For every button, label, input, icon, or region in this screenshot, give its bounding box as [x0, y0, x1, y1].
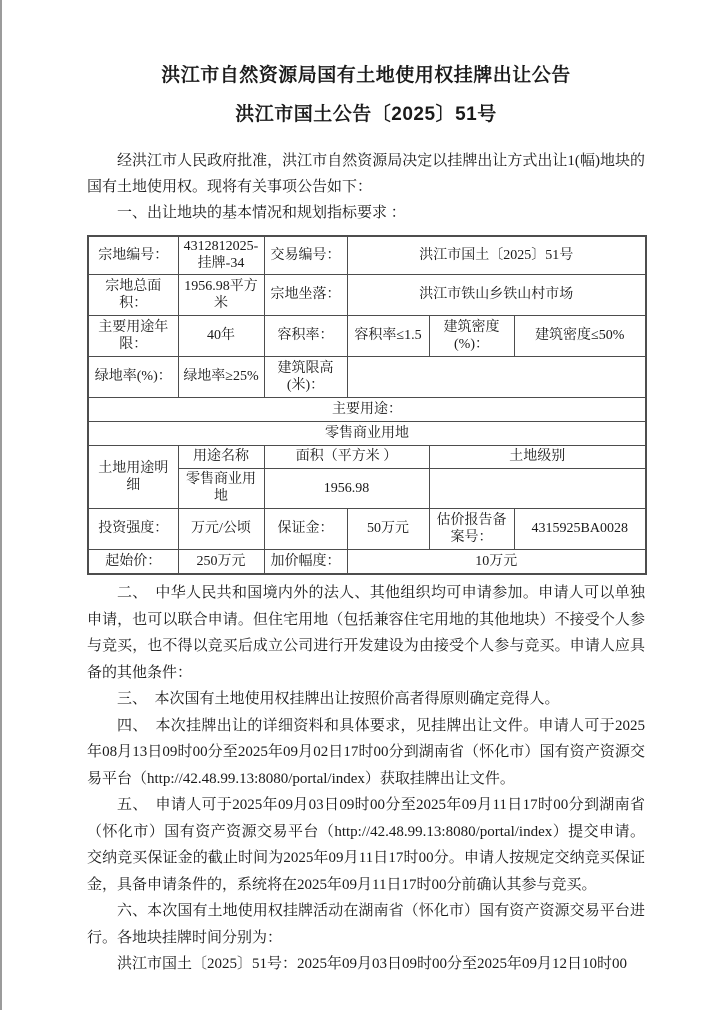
- paragraph-6: 六、本次国有土地使用权挂牌活动在湖南省（怀化市）国有资产资源交易平台进行。各地块…: [87, 898, 645, 951]
- report-no-value-cell: 4315925BA0028: [514, 508, 646, 549]
- trade-no-value-cell: 洪江市国土〔2025〕51号: [347, 236, 646, 274]
- use-term-label-cell: 主要用途年限：: [88, 315, 178, 356]
- height-limit-value-cell: [347, 356, 646, 397]
- document-title: 洪江市自然资源局国有土地使用权挂牌出让公告: [87, 64, 645, 87]
- document-page: 洪江市自然资源局国有土地使用权挂牌出让公告 洪江市国土公告〔2025〕51号 经…: [0, 0, 713, 1010]
- table-row: 主要用途：: [88, 397, 646, 421]
- deposit-value-cell: 50万元: [347, 508, 429, 549]
- paragraph-2: 二、 中华人民共和国境内外的法人、其他组织均可申请参加。申请人可以单独申请，也可…: [87, 580, 645, 686]
- table-row: 起始价： 250万元 加价幅度： 10万元: [88, 549, 646, 574]
- far-value-cell: 容积率≤1.5: [347, 315, 429, 356]
- notice-body: 二、 中华人民共和国境内外的法人、其他组织均可申请参加。申请人可以单独申请，也可…: [87, 580, 645, 978]
- page-edge-line: [0, 0, 2, 1010]
- total-area-value-cell: 1956.98平方米: [178, 274, 264, 315]
- use-term-value-cell: 40年: [178, 315, 264, 356]
- table-row: 零售商业用地: [88, 421, 646, 445]
- area-header-cell: 面积（平方米 ）: [264, 445, 429, 468]
- land-grade-header-cell: 土地级别: [429, 445, 646, 468]
- paragraph-4: 四、 本次挂牌出让的详细资料和具体要求，见挂牌出让文件。申请人可于2025年08…: [87, 713, 645, 793]
- start-price-label-cell: 起始价：: [88, 549, 178, 574]
- use-area-value-cell: 1956.98: [264, 468, 429, 508]
- increment-label-cell: 加价幅度：: [264, 549, 347, 574]
- increment-value-cell: 10万元: [347, 549, 646, 574]
- intro-paragraph: 经洪江市人民政府批准，洪江市自然资源局决定以挂牌出让方式出让1(幅)地块的国有土…: [87, 148, 645, 200]
- location-label-cell: 宗地坐落：: [264, 274, 347, 315]
- table-row: 投资强度： 万元/公顷 保证金： 50万元 估价报告备案号： 4315925BA…: [88, 508, 646, 549]
- table-row: 主要用途年限： 40年 容积率： 容积率≤1.5 建筑密度(%)： 建筑密度≤5…: [88, 315, 646, 356]
- main-use-label-cell: 主要用途：: [88, 397, 646, 421]
- parcel-no-value-cell: 4312812025-挂牌-34: [178, 236, 264, 274]
- table-row: 绿地率(%)： 绿地率≥25% 建筑限高(米)：: [88, 356, 646, 397]
- start-price-value-cell: 250万元: [178, 549, 264, 574]
- total-area-label-cell: 宗地总面积：: [88, 274, 178, 315]
- table-row: 土地用途明细 用途名称 面积（平方米 ） 土地级别: [88, 445, 646, 468]
- use-detail-label-cell: 土地用途明细: [88, 445, 178, 508]
- density-value-cell: 建筑密度≤50%: [514, 315, 646, 356]
- document-number-title: 洪江市国土公告〔2025〕51号: [87, 103, 645, 126]
- land-grade-value-cell: [429, 468, 646, 508]
- table-row: 宗地编号： 4312812025-挂牌-34 交易编号： 洪江市国土〔2025〕…: [88, 236, 646, 274]
- far-label-cell: 容积率：: [264, 315, 347, 356]
- location-value-cell: 洪江市铁山乡铁山村市场: [347, 274, 646, 315]
- deposit-label-cell: 保证金：: [264, 508, 347, 549]
- invest-value-cell: 万元/公顷: [178, 508, 264, 549]
- paragraph-5: 五、 申请人可于2025年09月03日09时00分至2025年09月11日17时…: [87, 792, 645, 898]
- green-rate-label-cell: 绿地率(%)：: [88, 356, 178, 397]
- invest-label-cell: 投资强度：: [88, 508, 178, 549]
- main-use-value-cell: 零售商业用地: [88, 421, 646, 445]
- density-label-cell: 建筑密度(%)：: [429, 315, 514, 356]
- parcel-no-label-cell: 宗地编号：: [88, 236, 178, 274]
- section-1-heading: 一、出让地块的基本情况和规划指标要求 ：: [87, 200, 645, 226]
- report-label-cell: 估价报告备案号：: [429, 508, 514, 549]
- height-limit-label-cell: 建筑限高(米)：: [264, 356, 347, 397]
- paragraph-3: 三、 本次国有土地使用权挂牌出让按照价高者得原则确定竞得人。: [87, 686, 645, 713]
- table-row: 宗地总面积： 1956.98平方米 宗地坐落： 洪江市铁山乡铁山村市场: [88, 274, 646, 315]
- use-name-header-cell: 用途名称: [178, 445, 264, 468]
- use-name-value-cell: 零售商业用地: [178, 468, 264, 508]
- listing-time-line: 洪江市国土〔2025〕51号：2025年09月03日09时00分至2025年09…: [87, 951, 645, 978]
- parcel-info-table: 宗地编号： 4312812025-挂牌-34 交易编号： 洪江市国土〔2025〕…: [87, 235, 647, 575]
- trade-no-label-cell: 交易编号：: [264, 236, 347, 274]
- green-rate-value-cell: 绿地率≥25%: [178, 356, 264, 397]
